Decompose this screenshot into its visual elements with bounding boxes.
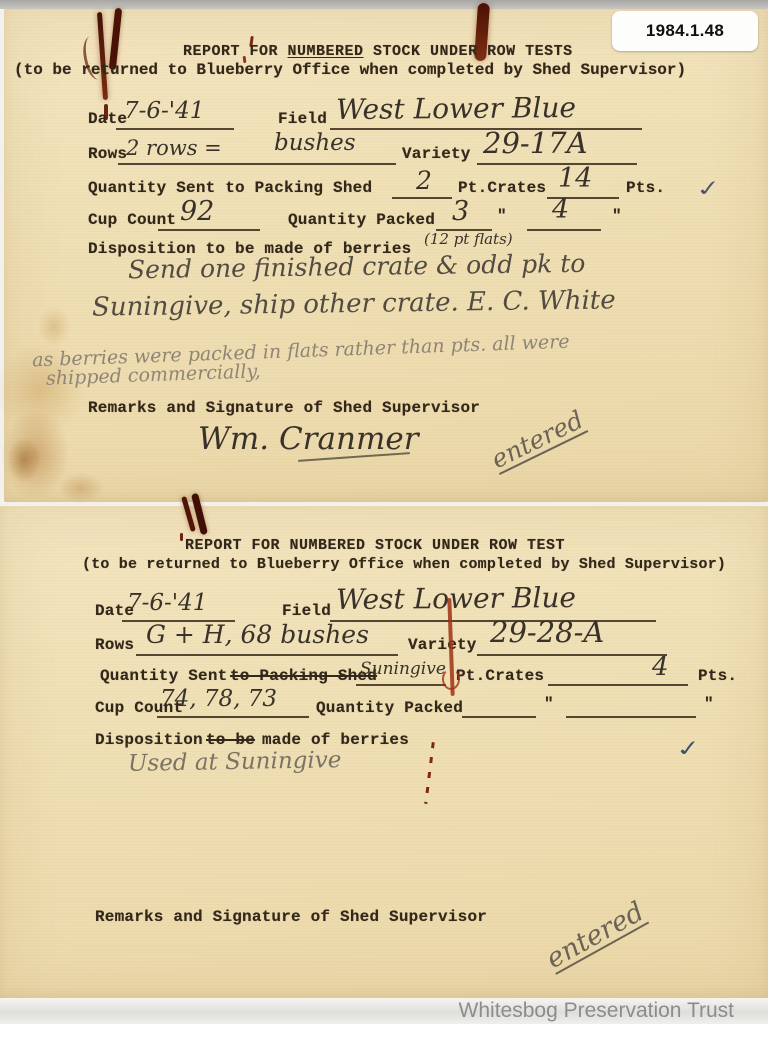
card1-remarks-label: Remarks and Signature of Shed Supervisor xyxy=(88,399,480,417)
card1-variety-value: 29-17A xyxy=(483,126,588,160)
scan-background-bottom xyxy=(0,1024,768,1057)
card1-ditto-mark2: " xyxy=(612,207,622,225)
card2-pt-crates-line xyxy=(548,684,688,686)
card2-pt-crates-value: 4 xyxy=(652,652,669,682)
card1-title: REPORT FOR NUMBERED STOCK UNDER ROW TEST… xyxy=(183,43,573,60)
card1-signature: Wm. Cranmer xyxy=(198,421,419,457)
card1-rows-line xyxy=(118,163,396,165)
card2-rows-value: G + H, 68 bushes xyxy=(146,620,369,649)
card1-rows-label: Rows xyxy=(88,145,127,163)
card2-subtitle: (to be returned to Blueberry Office when… xyxy=(82,556,726,573)
card1-qty-packed-note: (12 pt flats) xyxy=(424,230,513,248)
card1-cup-count-line xyxy=(158,229,260,231)
card2-rows-label: Rows xyxy=(95,636,134,654)
card1-qty-packed-value2: 4 xyxy=(552,194,569,225)
card2-qty-sent-label: Quantity Sent xyxy=(100,667,227,685)
card2-title: REPORT FOR NUMBERED STOCK UNDER ROW TEST xyxy=(185,537,565,554)
card2-disposition-label: Disposition xyxy=(95,731,203,749)
card1-qty-sent-line xyxy=(392,197,452,199)
card1-cup-count-label: Cup Count xyxy=(88,211,176,229)
card2-remarks-label: Remarks and Signature of Shed Supervisor xyxy=(95,908,487,926)
card2-checkmark: ✓ xyxy=(674,734,703,762)
card2-ditto-mark2: " xyxy=(704,695,714,713)
card1-variety-label: Variety xyxy=(402,145,471,163)
card2-qty-sent-struck-text: to Packing Shed xyxy=(230,667,377,685)
scan-background-top-edge xyxy=(0,0,768,9)
card2-variety-label: Variety xyxy=(408,636,477,654)
card1-pt-crates-value: 14 xyxy=(558,163,592,194)
card2-pts-label: Pts. xyxy=(698,667,737,685)
card2-disposition-struck-text: to be xyxy=(206,731,255,749)
card2-qty-packed-label: Quantity Packed xyxy=(316,699,463,717)
watermark-text: Whitesbog Preservation Trust xyxy=(459,999,734,1023)
card1-subtitle: (to be returned to Blueberry Office when… xyxy=(14,61,686,79)
card1-variety-line xyxy=(477,163,637,165)
card1-pts-label: Pts. xyxy=(626,179,665,197)
card2-qty-sent-line xyxy=(356,684,446,686)
card1-rows-value: 2 rows = xyxy=(126,136,222,160)
card1-title-underlined-word: NUMBERED xyxy=(288,43,364,60)
scanned-document-page: REPORT FOR NUMBERED STOCK UNDER ROW TEST… xyxy=(0,0,768,1057)
card2-pt-crates-label: Pt.Crates xyxy=(456,667,544,685)
card1-qty-packed-line2 xyxy=(527,229,601,231)
card2-cup-count-value: 74, 78, 73 xyxy=(160,686,277,712)
card2-qty-packed-line1 xyxy=(462,716,536,718)
card1-qty-packed-value1: 3 xyxy=(452,196,469,227)
card2-disposition-value: Used at Suningive xyxy=(128,747,342,777)
card1-field-value: West Lower Blue xyxy=(336,91,576,126)
card2-field-label: Field xyxy=(282,602,331,620)
card2-variety-value: 29-28-A xyxy=(490,615,604,649)
card1-pt-crates-label: Pt.Crates xyxy=(458,179,546,197)
card1-qty-sent-value: 2 xyxy=(416,166,432,195)
archive-label-text: 1984.1.48 xyxy=(646,21,724,41)
card1-checkmark: ✓ xyxy=(694,174,723,202)
card1-qty-sent-label: Quantity Sent to Packing Shed xyxy=(88,179,372,197)
card2-date-value: 7-6-'41 xyxy=(127,590,207,616)
card1-date-line xyxy=(116,128,234,130)
card1-cup-count-value: 92 xyxy=(180,196,214,227)
card2-variety-line xyxy=(477,654,667,656)
card1-title-pre: REPORT FOR xyxy=(183,43,288,60)
card1-field-label: Field xyxy=(278,110,327,128)
card2-field-value: West Lower Blue xyxy=(336,581,576,616)
card2-ditto-mark1: " xyxy=(544,695,554,713)
card1-ditto-mark1: " xyxy=(497,207,507,225)
card2-qty-packed-line2 xyxy=(566,716,696,718)
card2-cup-count-line xyxy=(157,716,309,718)
card1-date-label: Date xyxy=(88,110,127,128)
card1-date-value: 7-6-'41 xyxy=(124,98,204,124)
card1-rows-value2: bushes xyxy=(274,130,356,156)
card2-qty-sent-value: Suningive xyxy=(360,659,446,679)
card1-title-post: STOCK UNDER ROW TESTS xyxy=(364,43,573,60)
card2-rows-line xyxy=(136,654,398,656)
card1-qty-packed-label: Quantity Packed xyxy=(288,211,435,229)
archive-label-sticker: 1984.1.48 xyxy=(612,11,758,51)
